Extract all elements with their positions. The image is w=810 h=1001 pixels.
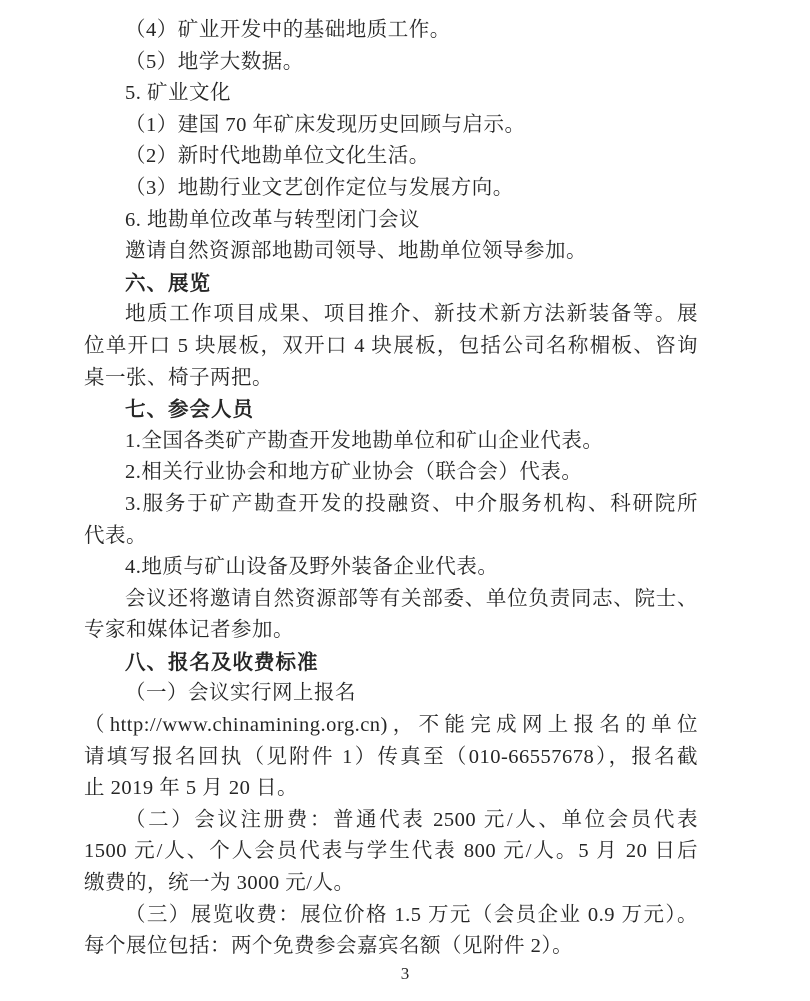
text-line: 地质工作项目成果、项目推介、新技术新方法新装备等。展	[84, 299, 698, 331]
text-line: 专家和媒体记者参加。	[84, 615, 698, 647]
text-line: （5）地学大数据。	[84, 47, 698, 79]
text-line: （2）新时代地勘单位文化生活。	[84, 141, 698, 173]
paragraph: 会议还将邀请自然资源部等有关部委、单位负责同志、院士、专家和媒体记者参加。	[84, 584, 698, 647]
paragraph: 1.全国各类矿产勘查开发地勘单位和矿山企业代表。	[84, 426, 698, 458]
document-content: （4）矿业开发中的基础地质工作。（5）地学大数据。5. 矿业文化（1）建国 70…	[84, 15, 698, 963]
section-heading: 六、展览	[84, 268, 698, 300]
text-line: 2.相关行业协会和地方矿业协会（联合会）代表。	[84, 457, 698, 489]
text-line: （三）展览收费：展位价格 1.5 万元（会员企业 0.9 万元）。	[84, 900, 698, 932]
text-line: （4）矿业开发中的基础地质工作。	[84, 15, 698, 47]
paragraph: （3）地勘行业文艺创作定位与发展方向。	[84, 173, 698, 205]
paragraph: 邀请自然资源部地勘司领导、地勘单位领导参加。	[84, 236, 698, 268]
text-line: 4.地质与矿山设备及野外装备企业代表。	[84, 552, 698, 584]
text-line: 七、参会人员	[84, 394, 698, 426]
text-line: 代表。	[84, 521, 698, 553]
text-line: 1.全国各类矿产勘查开发地勘单位和矿山企业代表。	[84, 426, 698, 458]
text-line: 桌一张、椅子两把。	[84, 363, 698, 395]
paragraph: （一）会议实行网上报名	[84, 678, 698, 710]
paragraph: 2.相关行业协会和地方矿业协会（联合会）代表。	[84, 457, 698, 489]
text-line: 每个展位包括：两个免费参会嘉宾名额（见附件 2）。	[84, 931, 698, 963]
paragraph: 4.地质与矿山设备及野外装备企业代表。	[84, 552, 698, 584]
paragraph: （5）地学大数据。	[84, 47, 698, 79]
paragraph: （4）矿业开发中的基础地质工作。	[84, 15, 698, 47]
text-line: 请填写报名回执（见附件 1）传真至（010-66557678），报名截	[84, 742, 698, 774]
paragraph: （2）新时代地勘单位文化生活。	[84, 141, 698, 173]
paragraph: 3.服务于矿产勘查开发的投融资、中介服务机构、科研院所代表。	[84, 489, 698, 552]
document-page: （4）矿业开发中的基础地质工作。（5）地学大数据。5. 矿业文化（1）建国 70…	[0, 0, 810, 1001]
paragraph: （三）展览收费：展位价格 1.5 万元（会员企业 0.9 万元）。每个展位包括：…	[84, 900, 698, 963]
paragraph: （http://www.chinamining.org.cn)，不能完成网上报名…	[84, 710, 698, 805]
text-line: （一）会议实行网上报名	[84, 678, 698, 710]
page-number: 3	[0, 964, 810, 984]
text-line: 缴费的，统一为 3000 元/人。	[84, 868, 698, 900]
paragraph: （二）会议注册费：普通代表 2500 元/人、单位会员代表1500 元/人、个人…	[84, 805, 698, 900]
text-line: （1）建国 70 年矿床发现历史回顾与启示。	[84, 110, 698, 142]
text-line: 1500 元/人、个人会员代表与学生代表 800 元/人。5 月 20 日后	[84, 836, 698, 868]
text-line: 止 2019 年 5 月 20 日。	[84, 773, 698, 805]
text-line: 6. 地勘单位改革与转型闭门会议	[84, 205, 698, 237]
section-heading: 七、参会人员	[84, 394, 698, 426]
paragraph: （1）建国 70 年矿床发现历史回顾与启示。	[84, 110, 698, 142]
text-line: 3.服务于矿产勘查开发的投融资、中介服务机构、科研院所	[84, 489, 698, 521]
text-line: 会议还将邀请自然资源部等有关部委、单位负责同志、院士、	[84, 584, 698, 616]
text-line: 邀请自然资源部地勘司领导、地勘单位领导参加。	[84, 236, 698, 268]
text-line: 八、报名及收费标准	[84, 647, 698, 679]
text-line: 5. 矿业文化	[84, 78, 698, 110]
paragraph: 地质工作项目成果、项目推介、新技术新方法新装备等。展位单开口 5 块展板，双开口…	[84, 299, 698, 394]
text-line: （二）会议注册费：普通代表 2500 元/人、单位会员代表	[84, 805, 698, 837]
text-line: 六、展览	[84, 268, 698, 300]
paragraph: 6. 地勘单位改革与转型闭门会议	[84, 205, 698, 237]
section-heading: 八、报名及收费标准	[84, 647, 698, 679]
text-line: （3）地勘行业文艺创作定位与发展方向。	[84, 173, 698, 205]
text-line: （http://www.chinamining.org.cn)，不能完成网上报名…	[84, 710, 698, 742]
paragraph: 5. 矿业文化	[84, 78, 698, 110]
text-line: 位单开口 5 块展板，双开口 4 块展板，包括公司名称楣板、咨询	[84, 331, 698, 363]
